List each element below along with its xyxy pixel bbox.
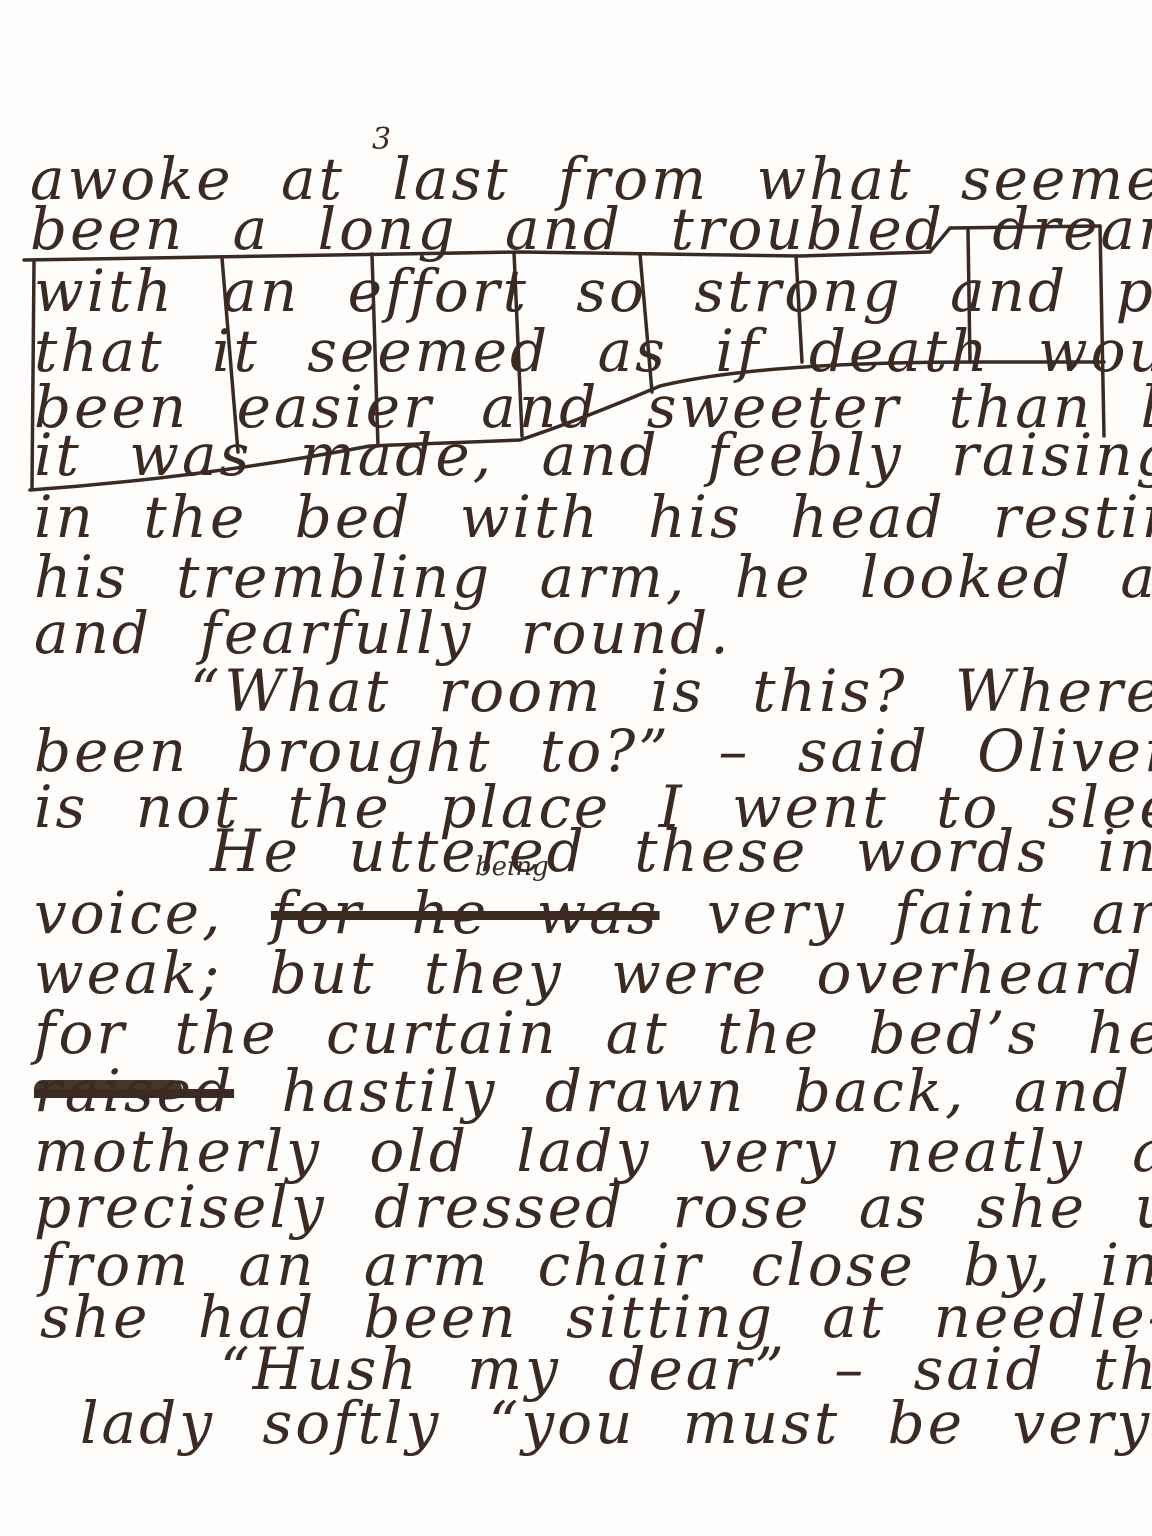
line-text: been a long and troubled dream <box>30 195 1152 263</box>
manuscript-line-2: been a long and troubled dream awoke <box>30 200 1152 258</box>
manuscript-line-19: precisely dressed rose as she undrew it <box>34 1178 1152 1236</box>
manuscript-page: 3 awoke at last from what seemed to have… <box>0 0 1152 1536</box>
manuscript-line-4: that it seemed as if death would have <box>34 322 1152 380</box>
struck-phrase: for he was <box>271 879 660 947</box>
manuscript-line-3: with an effort so strong and painful <box>34 262 1152 320</box>
manuscript-line-14: voice, for he was very faint and <box>34 884 1152 942</box>
line-text-after: very faint and <box>707 879 1152 947</box>
manuscript-line-8: his trembling arm, he looked anxiously <box>34 548 1152 606</box>
manuscript-line-23: lady softly “you must be very quiet or <box>80 1394 1152 1452</box>
line-text-before: voice, <box>34 879 223 947</box>
manuscript-line-16: for the curtain at the bed’s head was <box>34 1004 1152 1062</box>
manuscript-line-10: “What room is this? Where have I <box>190 662 1152 720</box>
manuscript-line-13: He uttered these words in a feeble <box>210 822 1152 880</box>
manuscript-line-17: raised hastily drawn back, and a <box>34 1062 1152 1120</box>
manuscript-line-11: been brought to?” – said Oliver faintly … <box>34 722 1152 780</box>
manuscript-line-15: weak; but they were overheard at once <box>34 944 1152 1002</box>
insertion-above-line: being <box>475 852 549 882</box>
struck-word: raised <box>34 1057 234 1125</box>
manuscript-line-7: in the bed with his head resting on <box>34 488 1152 546</box>
manuscript-line-6: it was made, and feebly raising himself <box>34 426 1152 484</box>
manuscript-line-9: and fearfully round. <box>34 604 732 662</box>
line-text-after: hastily drawn back, and a <box>282 1057 1152 1125</box>
manuscript-line-18: motherly old lady very neatly and <box>34 1122 1152 1180</box>
